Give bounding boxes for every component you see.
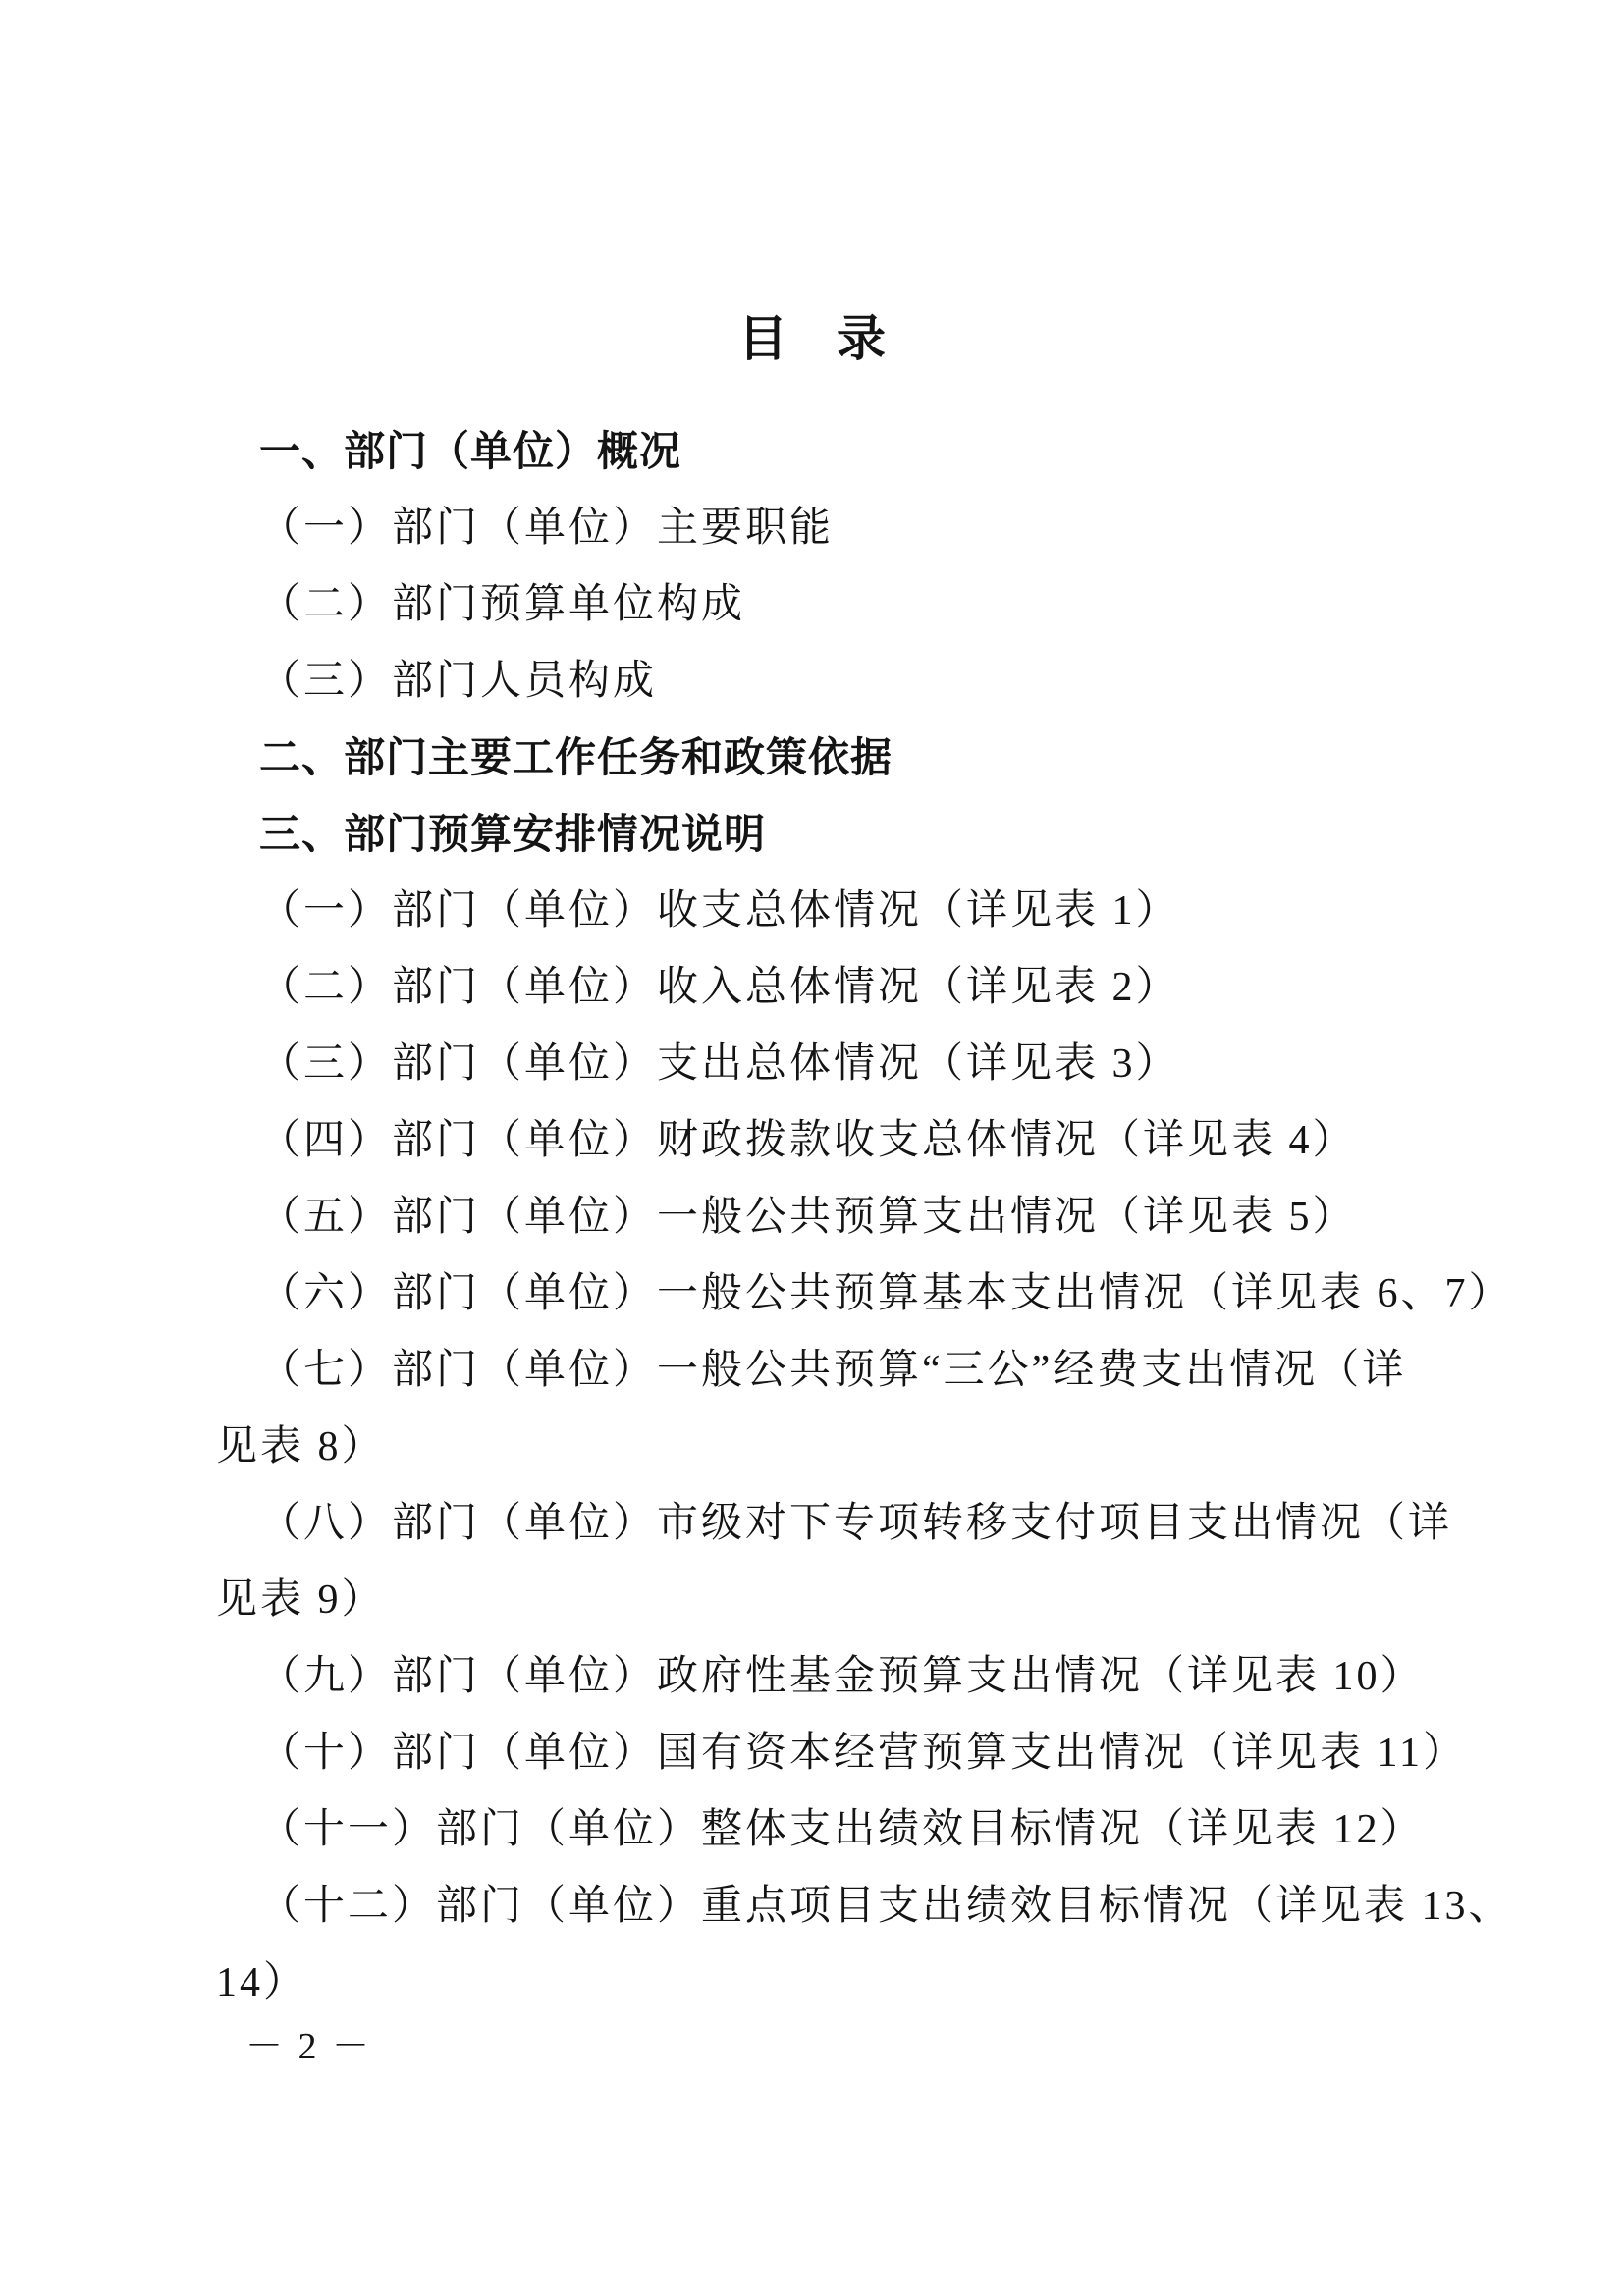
- page-number: － 2 －: [245, 2022, 372, 2071]
- toc-item-line: （八）部门（单位）市级对下专项转移支付项目支出情况（详: [216, 1496, 1473, 1573]
- toc-item-line: （十一）部门（单位）整体支出绩效目标情况（详见表 12）: [216, 1802, 1473, 1879]
- toc-item-line: （一）部门（单位）收支总体情况（详见表 1）: [216, 883, 1473, 960]
- toc-list: 一、部门（单位）概况（一）部门（单位）主要职能（二）部门预算单位构成（三）部门人…: [216, 424, 1473, 2032]
- toc-heading-line: 一、部门（单位）概况: [216, 424, 1473, 501]
- toc-item-line: （五）部门（单位）一般公共预算支出情况（详见表 5）: [216, 1190, 1473, 1266]
- toc-item-line: （四）部门（单位）财政拨款收支总体情况（详见表 4）: [216, 1113, 1473, 1190]
- toc-item-line: （十二）部门（单位）重点项目支出绩效目标情况（详见表 13、: [216, 1879, 1473, 1955]
- toc-item-line: （二）部门（单位）收入总体情况（详见表 2）: [216, 960, 1473, 1037]
- toc-item-line: （九）部门（单位）政府性基金预算支出情况（详见表 10）: [216, 1649, 1473, 1726]
- toc-item-line: （十）部门（单位）国有资本经营预算支出情况（详见表 11）: [216, 1726, 1473, 1802]
- toc-continuation-line: 见表 8）: [216, 1419, 1473, 1496]
- toc-item-line: （六）部门（单位）一般公共预算基本支出情况（详见表 6、7）: [216, 1266, 1473, 1343]
- document-page: 目 录 一、部门（单位）概况（一）部门（单位）主要职能（二）部门预算单位构成（三…: [0, 0, 1624, 2296]
- toc-item-line: （七）部门（单位）一般公共预算“三公”经费支出情况（详: [216, 1343, 1473, 1419]
- toc-item-line: （三）部门（单位）支出总体情况（详见表 3）: [216, 1037, 1473, 1113]
- toc-heading-line: 二、部门主要工作任务和政策依据: [216, 730, 1473, 807]
- toc-continuation-line: 见表 9）: [216, 1573, 1473, 1649]
- toc-continuation-line: 14）: [216, 1955, 1473, 2032]
- toc-item-line: （三）部门人员构成: [216, 654, 1473, 730]
- toc-item-line: （一）部门（单位）主要职能: [216, 501, 1473, 577]
- toc-heading-line: 三、部门预算安排情况说明: [216, 807, 1473, 883]
- page-title: 目 录: [0, 308, 1624, 369]
- toc-item-line: （二）部门预算单位构成: [216, 577, 1473, 654]
